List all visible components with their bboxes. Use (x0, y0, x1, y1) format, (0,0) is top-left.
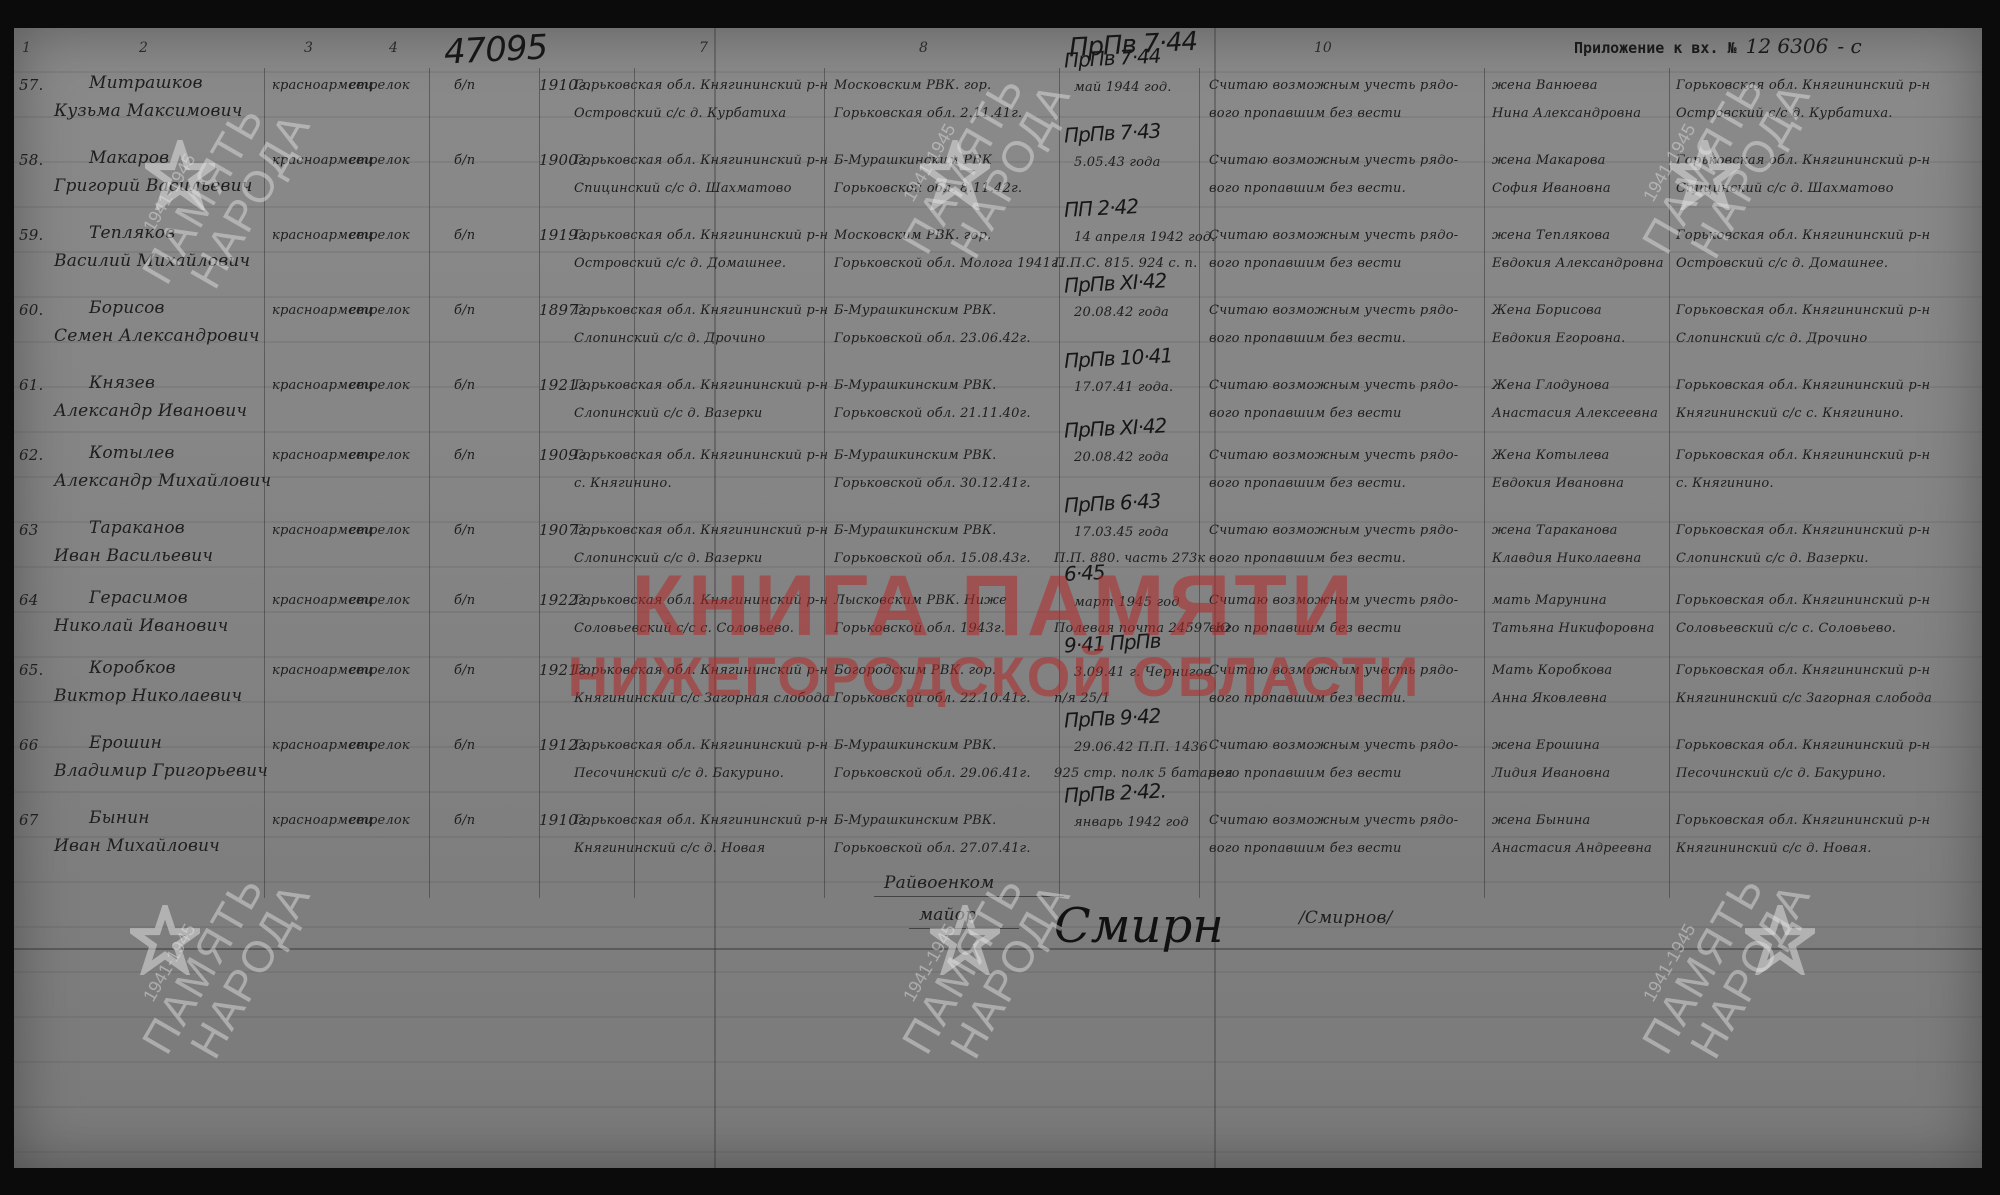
signature: Смирн (1054, 898, 1224, 954)
row-number: 66 (19, 736, 39, 754)
given-name: Семен Александрович (54, 326, 260, 346)
column-number: 1 (22, 40, 31, 56)
relative: Жена Борисова (1492, 303, 1602, 318)
relative-address: Горьковская обл. Княгининский р-н (1676, 813, 1930, 828)
table-row: 62. Котылев Александр Михайлович красноа… (14, 438, 1982, 508)
surname: Коробков (89, 658, 176, 678)
row-number: 58. (19, 151, 43, 169)
draft-office: Б-Мурашкинским РВК. (834, 303, 997, 318)
draft-date: Горьковской обл. 30.12.41г. (834, 476, 1031, 491)
conclusion: Считаю возможным учесть рядо- (1209, 78, 1458, 93)
relative-name: Евдокия Александровна (1492, 256, 1664, 271)
conclusion: вого пропавшим без вести. (1209, 476, 1406, 491)
surname: Ерошин (89, 733, 162, 753)
relative-address: Слопинский с/с д. Дрочино (1676, 331, 1867, 346)
birthplace-line: Слопинский с/с д. Дрочино (574, 331, 765, 346)
last-letter: 14 апреля 1942 год. (1074, 230, 1216, 245)
position: стрелок (349, 813, 410, 828)
archive-stamp: Приложение к вх. № 12 6306 - с (1574, 34, 1862, 58)
row-number: 57. (19, 76, 43, 94)
conclusion: Считаю возможным учесть рядо- (1209, 448, 1458, 463)
birthplace-line: Горьковская обл. Княгининский р-н (574, 378, 828, 393)
given-name: Владимир Григорьевич (54, 761, 268, 781)
surname: Митрашков (89, 73, 203, 93)
conclusion: Считаю возможным учесть рядо- (1209, 303, 1458, 318)
relative-name: Нина Александровна (1492, 106, 1641, 121)
relative-name: Евдокия Егоровна. (1492, 331, 1625, 346)
relative-address: Горьковская обл. Княгининский р-н (1676, 448, 1930, 463)
position: стрелок (349, 78, 410, 93)
position: стрелок (349, 738, 410, 753)
conclusion: Считаю возможным учесть рядо- (1209, 228, 1458, 243)
draft-office: Б-Мурашкинским РВК. (834, 813, 997, 828)
last-letter: май 1944 год. (1074, 80, 1172, 95)
review-stamp: ПрПв 2·42. (1063, 778, 1166, 807)
birthplace-line: Спицинский с/с д. Шахматово (574, 181, 792, 196)
party-membership: б/п (454, 813, 475, 828)
row-number: 60. (19, 301, 43, 319)
relative-address: Княгининский с/с с. Княгинино. (1676, 406, 1904, 421)
birthplace-line: Горьковская обл. Княгининский р-н (574, 303, 828, 318)
relative: Мать Коробкова (1492, 663, 1612, 678)
conclusion: Считаю возможным учесть рядо- (1209, 813, 1458, 828)
relative-name: Евдокия Ивановна (1492, 476, 1624, 491)
surname: Котылев (89, 443, 175, 463)
relative-name: Клавдия Николаевна (1492, 551, 1642, 566)
last-letter: 17.07.41 года. (1074, 380, 1173, 395)
given-name: Александр Михайлович (54, 471, 271, 491)
row-number: 59. (19, 226, 43, 244)
draft-date: Горьковской обл. 21.11.40г. (834, 406, 1031, 421)
birthplace-line: Песочинский с/с д. Бакурино. (574, 766, 784, 781)
relative-address: Княгининский с/с д. Новая. (1676, 841, 1872, 856)
column-number: 7 (699, 40, 708, 56)
review-stamp: ПрПв 7·43 (1063, 118, 1161, 147)
relative-address: с. Княгинино. (1676, 476, 1774, 491)
relative: мать Марунина (1492, 593, 1607, 608)
given-name: Виктор Николаевич (54, 686, 242, 706)
archive-stamp-label: Приложение к вх. № (1574, 39, 1737, 57)
birthplace-line: Слопинский с/с д. Вазерки (574, 406, 762, 421)
conclusion: Считаю возможным учесть рядо- (1209, 738, 1458, 753)
position: стрелок (349, 593, 410, 608)
position: стрелок (349, 523, 410, 538)
relative-address: Горьковская обл. Княгининский р-н (1676, 523, 1930, 538)
birthplace-line: с. Княгинино. (574, 476, 672, 491)
party-membership: б/п (454, 153, 475, 168)
relative-name: Татьяна Никифоровна (1492, 621, 1655, 636)
relative-address: Горьковская обл. Княгининский р-н (1676, 303, 1930, 318)
relative-address: Княгининский с/с Загорная слобода (1676, 691, 1932, 706)
table-row: 60. Борисов Семен Александрович красноар… (14, 293, 1982, 363)
relative-name: Лидия Ивановна (1492, 766, 1610, 781)
table-row: 61. Князев Александр Иванович красноарме… (14, 368, 1982, 438)
relative-address: Горьковская обл. Княгининский р-н (1676, 378, 1930, 393)
birthplace-line: Горьковская обл. Княгининский р-н (574, 228, 828, 243)
conclusion: Считаю возможным учесть рядо- (1209, 153, 1458, 168)
relative: Жена Глодунова (1492, 378, 1610, 393)
review-stamp: ПрПв XI·42 (1063, 413, 1166, 442)
conclusion: вого пропавшим без вести (1209, 406, 1402, 421)
draft-office: Б-Мурашкинским РВК. (834, 523, 997, 538)
review-stamp: ПрПв 7·44 (1063, 43, 1161, 72)
table-row: 66 Ерошин Владимир Григорьевич красноарм… (14, 728, 1982, 798)
relative-name: Анна Яковлевна (1492, 691, 1607, 706)
last-letter-detail: П.П.С. 815. 924 с. п. (1054, 256, 1197, 271)
last-letter: январь 1942 год (1074, 815, 1189, 830)
last-letter: 17.03.45 года (1074, 525, 1169, 540)
relative: жена Тараканова (1492, 523, 1618, 538)
archive-stamp-suffix: - с (1837, 34, 1861, 58)
given-name: Иван Васильевич (54, 546, 213, 566)
conclusion: вого пропавшим без вести (1209, 256, 1402, 271)
surname: Тараканов (89, 518, 185, 538)
party-membership: б/п (454, 663, 475, 678)
birthplace-line: Горьковская обл. Княгининский р-н (574, 813, 828, 828)
review-stamp: ПрПв 6·43 (1063, 488, 1161, 517)
relative-name: Анастасия Андреевна (1492, 841, 1652, 856)
surname: Борисов (89, 298, 165, 318)
relative-address: Соловьевский с/с с. Соловьево. (1676, 621, 1896, 636)
birthplace-line: Горьковская обл. Княгининский р-н (574, 738, 828, 753)
party-membership: б/п (454, 448, 475, 463)
draft-office: Б-Мурашкинским РВК. (834, 378, 997, 393)
review-stamp: ПрПв 10·41 (1063, 343, 1172, 373)
column-number: 2 (139, 40, 148, 56)
position: стрелок (349, 448, 410, 463)
relative: жена Ванюева (1492, 78, 1598, 93)
conclusion: вого пропавшим без вести. (1209, 331, 1406, 346)
draft-date: Горьковской обл. 29.06.41г. (834, 766, 1031, 781)
relative-address: Горьковская обл. Княгининский р-н (1676, 663, 1930, 678)
review-stamp: ПП 2·42 (1063, 194, 1138, 222)
conclusion: Считаю возможным учесть рядо- (1209, 378, 1458, 393)
archive-stamp-number: 12 6306 (1746, 34, 1829, 58)
position: стрелок (349, 303, 410, 318)
column-number: 10 (1314, 40, 1332, 56)
relative-address: Слопинский с/с д. Вазерки. (1676, 551, 1869, 566)
given-name: Николай Иванович (54, 616, 228, 636)
last-letter: 20.08.42 года (1074, 450, 1169, 465)
party-membership: б/п (454, 593, 475, 608)
last-letter: 5.05.43 года (1074, 155, 1161, 170)
party-membership: б/п (454, 523, 475, 538)
birthplace-line: Княгининский с/с д. Новая (574, 841, 765, 856)
last-letter: 20.08.42 года (1074, 305, 1169, 320)
column-number: 3 (304, 40, 313, 56)
conclusion: вого пропавшим без вести (1209, 106, 1402, 121)
position: стрелок (349, 378, 410, 393)
party-membership: б/п (454, 228, 475, 243)
birthplace-line: Горьковская обл. Княгининский р-н (574, 78, 828, 93)
relative: жена Теплякова (1492, 228, 1610, 243)
birthplace-line: Островский с/с д. Курбатиха (574, 106, 786, 121)
position: стрелок (349, 153, 410, 168)
given-name: Александр Иванович (54, 401, 247, 421)
relative-address: Горьковская обл. Княгининский р-н (1676, 593, 1930, 608)
row-number: 62. (19, 446, 43, 464)
column-number: 4 (389, 40, 398, 56)
party-membership: б/п (454, 303, 475, 318)
draft-office: Б-Мурашкинским РВК. (834, 448, 997, 463)
relative-address: Горьковская обл. Княгининский р-н (1676, 738, 1930, 753)
row-number: 67 (19, 811, 39, 829)
row-number: 65. (19, 661, 43, 679)
column-number: 8 (919, 40, 928, 56)
relative: жена Макарова (1492, 153, 1606, 168)
row-number: 64 (19, 591, 39, 609)
surname: Герасимов (89, 588, 188, 608)
conclusion: Считаю возможным учесть рядо- (1209, 523, 1458, 538)
birthplace-line: Горьковская обл. Княгининский р-н (574, 523, 828, 538)
signatory-name: /Смирнов/ (1299, 908, 1393, 928)
surname: Бынин (89, 808, 150, 828)
position: стрелок (349, 663, 410, 678)
relative: жена Бынина (1492, 813, 1591, 828)
relative-name: София Ивановна (1492, 181, 1611, 196)
conclusion: вого пропавшим без вести (1209, 766, 1402, 781)
last-letter: 29.06.42 П.П. 1436 (1074, 740, 1208, 755)
birthplace-line: Островский с/с д. Домашнее. (574, 256, 786, 271)
conclusion: вого пропавшим без вести (1209, 841, 1402, 856)
relative: жена Ерошина (1492, 738, 1600, 753)
birthplace-line: Горьковская обл. Княгининский р-н (574, 153, 828, 168)
relative: Жена Котылева (1492, 448, 1609, 463)
position: стрелок (349, 228, 410, 243)
sheet-reference: 47095 (443, 27, 548, 72)
relative-name: Анастасия Алексеевна (1492, 406, 1658, 421)
memory-book-watermark: КНИГА ПАМЯТИ НИЖЕГОРОДСКОЙ ОБЛАСТИ (544, 563, 1444, 705)
draft-date: Горьковской обл. 23.06.42г. (834, 331, 1031, 346)
row-number: 63 (19, 521, 39, 539)
given-name: Иван Михайлович (54, 836, 220, 856)
review-stamp: ПрПв XI·42 (1063, 268, 1166, 297)
relative-address: Песочинский с/с д. Бакурино. (1676, 766, 1886, 781)
birthplace-line: Горьковская обл. Княгининский р-н (574, 448, 828, 463)
row-number: 61. (19, 376, 43, 394)
party-membership: б/п (454, 78, 475, 93)
party-membership: б/п (454, 378, 475, 393)
party-membership: б/п (454, 738, 475, 753)
conclusion: вого пропавшим без вести. (1209, 181, 1406, 196)
surname: Князев (89, 373, 155, 393)
draft-office: Б-Мурашкинским РВК. (834, 738, 997, 753)
